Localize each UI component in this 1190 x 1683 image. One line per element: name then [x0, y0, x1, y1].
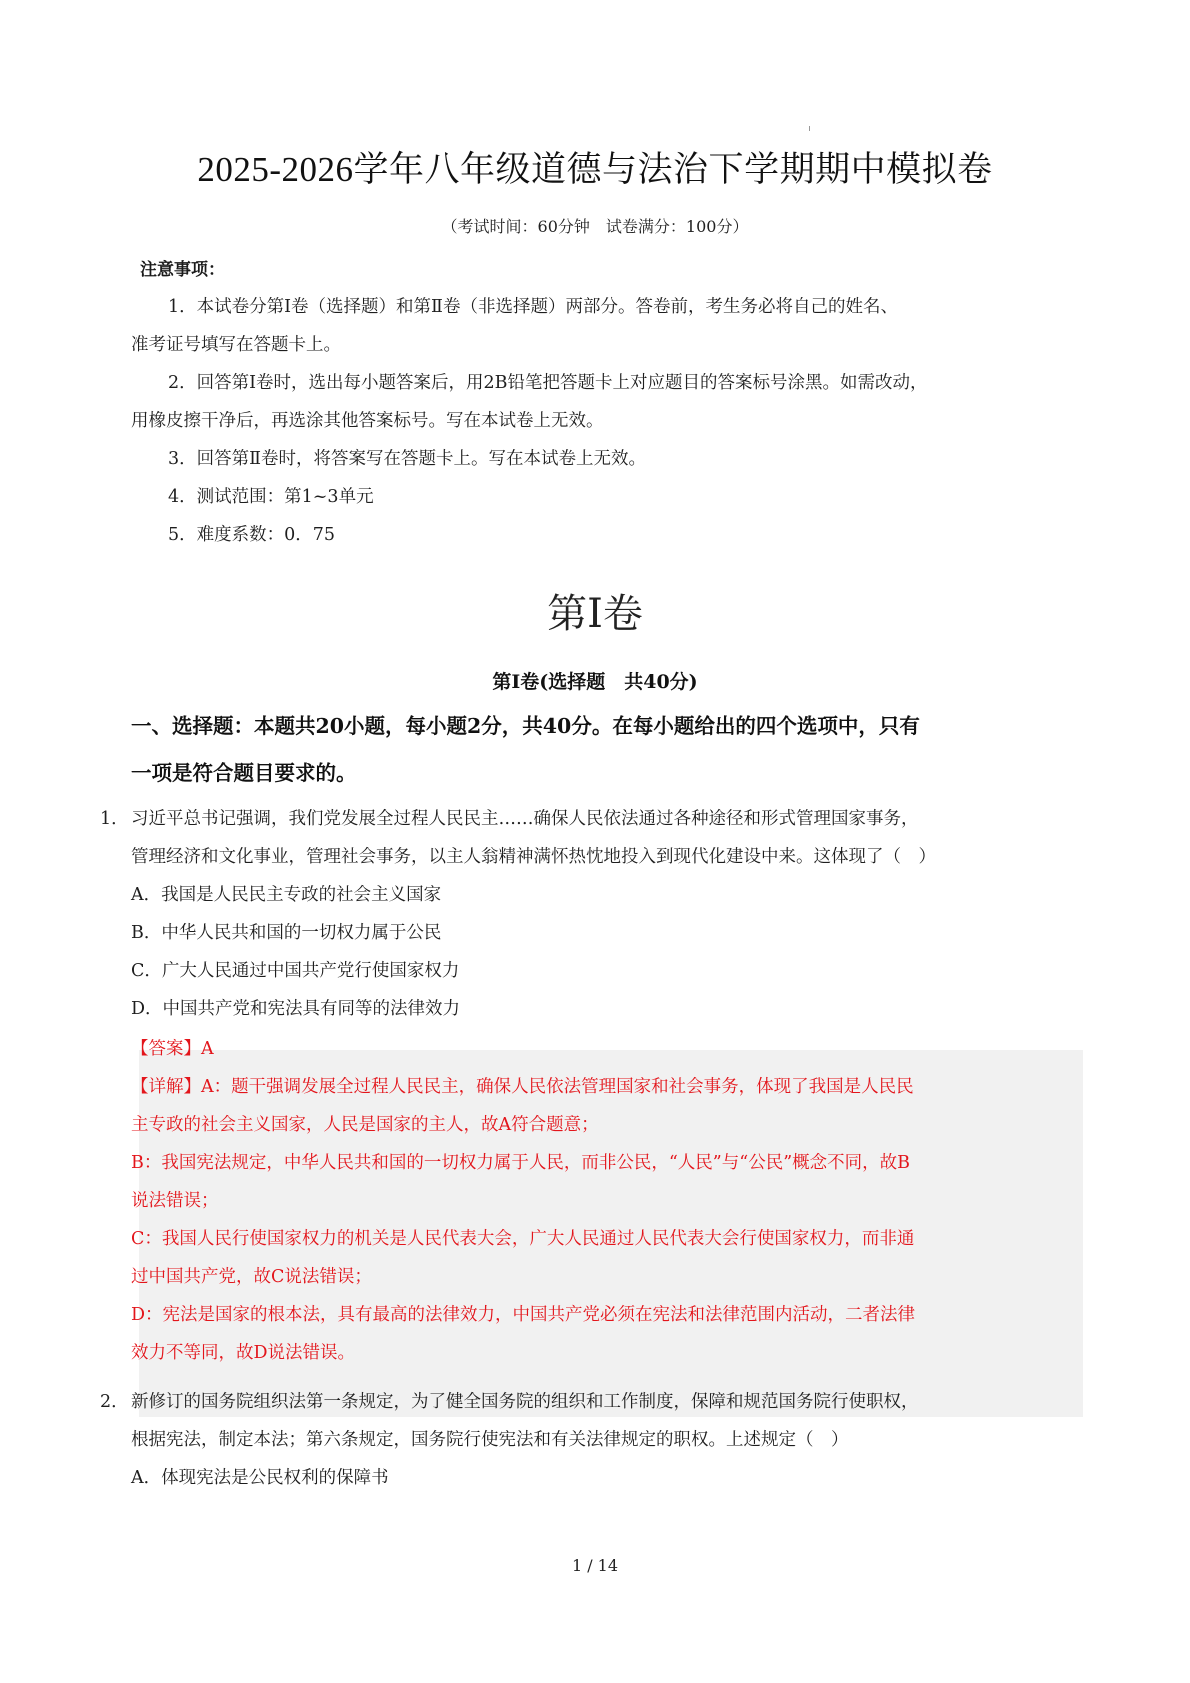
explanation-line: 效力不等同，故D说法错误。: [131, 1339, 355, 1364]
option-a: A．我国是人民民主专政的社会主义国家: [131, 881, 441, 906]
option-c: C．广大人民通过中国共产党行使国家权力: [131, 957, 459, 982]
instruction-line-1: 一、选择题：本题共20小题，每小题2分，共40分。在每小题给出的四个选项中，只有: [131, 709, 920, 739]
note-line-5: 5．难度系数：0．75: [168, 521, 335, 546]
note-line-1-cont: 准考证号填写在答题卡上。: [131, 331, 341, 356]
question-stem-line: 管理经济和文化事业，管理社会事务，以主人翁精神满怀热忱地投入到现代化建设中来。这…: [131, 843, 936, 868]
explanation-line: 主专政的社会主义国家，人民是国家的主人，故A符合题意；: [131, 1111, 599, 1136]
exam-time-score: （考试时间：60分钟 试卷满分：100分）: [0, 214, 1190, 237]
option-b: B．中华人民共和国的一切权力属于公民: [131, 919, 441, 944]
instruction-line-2: 一项是符合题目要求的。: [131, 756, 357, 786]
option-a: A．体现宪法是公民权利的保障书: [131, 1464, 389, 1489]
explanation-line: 【详解】A：题干强调发展全过程人民民主，确保人民依法管理国家和社会事务，体现了我…: [131, 1073, 914, 1098]
question-stem-line: 新修订的国务院组织法第一条规定，为了健全国务院的组织和工作制度，保障和规范国务院…: [131, 1388, 919, 1413]
scan-artifact-mark: [809, 126, 810, 131]
section-subtitle: 第Ⅰ卷(选择题 共40分): [0, 667, 1190, 694]
notes-heading: 注意事项：: [140, 255, 225, 280]
note-line-1: 1．本试卷分第Ⅰ卷（选择题）和第Ⅱ卷（非选择题）两部分。答卷前，考生务必将自己的…: [168, 293, 898, 318]
section-title: 第Ⅰ卷: [0, 582, 1190, 639]
explanation-line: C：我国人民行使国家权力的机关是人民代表大会，广大人民通过人民代表大会行使国家权…: [131, 1225, 914, 1250]
note-line-2: 2．回答第Ⅰ卷时，选出每小题答案后，用2B铅笔把答题卡上对应题目的答案标号涂黑。…: [168, 369, 928, 394]
explanation-line: 过中国共产党，故C说法错误；: [131, 1263, 372, 1288]
exam-page: 2025-2026学年八年级道德与法治下学期期中模拟卷 （考试时间：60分钟 试…: [0, 0, 1190, 1683]
note-line-2-cont: 用橡皮擦干净后，再选涂其他答案标号。写在本试卷上无效。: [131, 407, 604, 432]
option-d: D．中国共产党和宪法具有同等的法律效力: [131, 995, 460, 1020]
page-number: 1 / 14: [0, 1556, 1190, 1575]
explanation-line: 说法错误；: [131, 1187, 219, 1212]
document-title: 2025-2026学年八年级道德与法治下学期期中模拟卷: [0, 142, 1190, 192]
explanation-line: D：宪法是国家的根本法，具有最高的法律效力，中国共产党必须在宪法和法律范围内活动…: [131, 1301, 915, 1326]
question-number: 1．: [100, 805, 129, 830]
answer-label: 【答案】A: [131, 1035, 214, 1060]
question-stem-line: 习近平总书记强调，我们党发展全过程人民民主……确保人民依法通过各种途径和形式管理…: [131, 805, 919, 830]
question-stem-line: 根据宪法，制定本法；第六条规定，国务院行使宪法和有关法律规定的职权。上述规定（ …: [131, 1426, 849, 1451]
explanation-line: B：我国宪法规定，中华人民共和国的一切权力属于人民，而非公民，“人民”与“公民”…: [131, 1149, 910, 1174]
note-line-3: 3．回答第Ⅱ卷时，将答案写在答题卡上。写在本试卷上无效。: [168, 445, 646, 470]
note-line-4: 4．测试范围：第1~3单元: [168, 483, 374, 508]
question-number: 2．: [100, 1388, 129, 1413]
